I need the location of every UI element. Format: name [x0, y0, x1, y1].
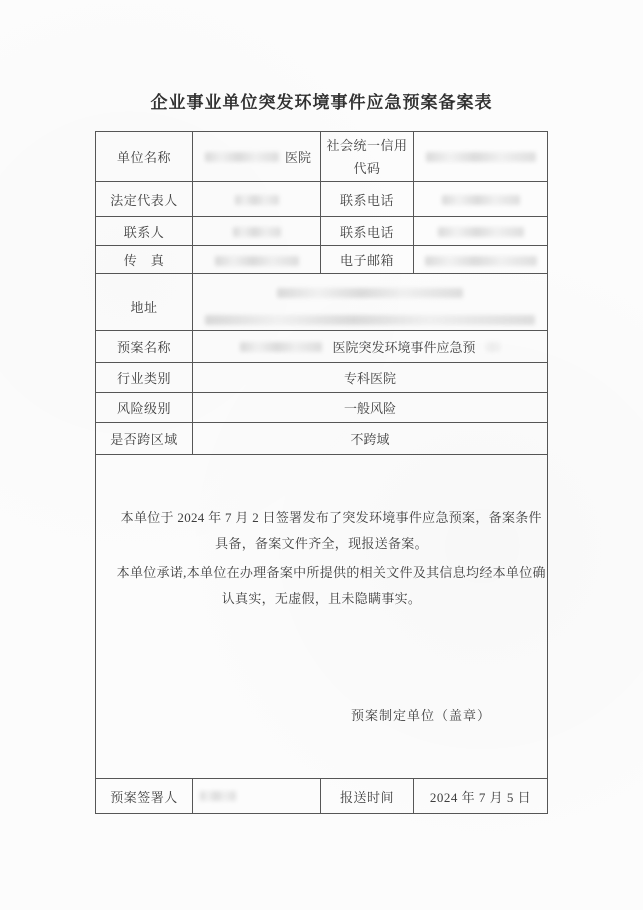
plan-name-label: 预案名称 [96, 331, 193, 363]
cross-region-value: 不跨域 [193, 423, 548, 455]
email-value-cell [414, 246, 548, 274]
redacted-signer [200, 791, 236, 801]
fax-value-cell [193, 246, 321, 274]
unit-name-label: 单位名称 [96, 132, 193, 182]
risk-level-label: 风险级别 [96, 393, 193, 423]
declaration-paragraph-1: 本单位于 2024 年 7 月 2 日签署发布了突发环境事件应急预案，备案条件具… [96, 505, 547, 557]
plan-name-value-cell: 医院突发环境事件应急预 [193, 331, 548, 363]
contact-phone-value-cell [414, 217, 548, 246]
credit-code-value-cell [414, 132, 548, 182]
address-label: 地址 [96, 274, 193, 331]
address-value-cell [193, 274, 548, 331]
redacted-contact-phone [438, 227, 524, 237]
redacted-unit-name-prefix [205, 152, 279, 162]
fax-label: 传 真 [96, 246, 193, 274]
row-legal-rep: 法定代表人 联系电话 [96, 182, 548, 217]
scanned-document-page: 企业事业单位突发环境事件应急预案备案表 单位名称 医院 社会统一信用代码 [0, 0, 643, 910]
plan-signer-label: 预案签署人 [96, 779, 193, 814]
row-signature: 预案签署人 报送时间 2024 年 7 月 5 日 [96, 779, 548, 814]
redacted-legal-rep-phone [442, 195, 520, 205]
redacted-plan-name-suffix [486, 342, 500, 352]
row-cross-region: 是否跨区域 不跨域 [96, 423, 548, 455]
redacted-legal-rep [235, 195, 279, 205]
declaration-cell: 本单位于 2024 年 7 月 2 日签署发布了突发环境事件应急预案，备案条件具… [96, 455, 548, 779]
legal-rep-phone-value-cell [414, 182, 548, 217]
industry-label: 行业类别 [96, 363, 193, 393]
legal-rep-phone-label: 联系电话 [321, 182, 414, 217]
plan-name-value: 医院突发环境事件应急预 [332, 337, 475, 356]
row-industry: 行业类别 专科医院 [96, 363, 548, 393]
declaration-paragraph-2: 本单位承诺,本单位在办理备案中所提供的相关文件及其信息均经本单位确认真实，无虚假… [96, 560, 547, 612]
row-risk-level: 风险级别 一般风险 [96, 393, 548, 423]
credit-code-label: 社会统一信用代码 [321, 132, 414, 182]
unit-name-value: 医院 [285, 147, 311, 166]
legal-rep-value-cell [193, 182, 321, 217]
redacted-fax [215, 256, 299, 266]
row-declaration: 本单位于 2024 年 7 月 2 日签署发布了突发环境事件应急预案，备案条件具… [96, 455, 548, 779]
risk-level-value: 一般风险 [193, 393, 548, 423]
email-label: 电子邮箱 [321, 246, 414, 274]
redacted-credit-code [426, 152, 536, 162]
stamp-unit-label: 预案制定单位（盖章） [96, 703, 547, 729]
industry-value: 专科医院 [193, 363, 548, 393]
submit-time-label: 报送时间 [321, 779, 414, 814]
contact-label: 联系人 [96, 217, 193, 246]
form-title: 企业事业单位突发环境事件应急预案备案表 [0, 92, 643, 114]
redacted-address-line2 [205, 315, 535, 325]
redacted-address-line1 [277, 288, 463, 298]
cross-region-label: 是否跨区域 [96, 423, 193, 455]
row-plan-name: 预案名称 医院突发环境事件应急预 [96, 331, 548, 363]
contact-value-cell [193, 217, 321, 246]
row-unit-name: 单位名称 医院 社会统一信用代码 [96, 132, 548, 182]
legal-rep-label: 法定代表人 [96, 182, 193, 217]
contact-phone-label: 联系电话 [321, 217, 414, 246]
submit-time-value: 2024 年 7 月 5 日 [414, 779, 548, 814]
plan-signer-value-cell [193, 779, 321, 814]
row-fax: 传 真 电子邮箱 [96, 246, 548, 274]
row-address: 地址 [96, 274, 548, 331]
row-contact: 联系人 联系电话 [96, 217, 548, 246]
redacted-plan-name-prefix [240, 342, 322, 352]
unit-name-value-cell: 医院 [193, 132, 321, 182]
redacted-contact [233, 227, 281, 237]
redacted-email [425, 256, 537, 266]
filing-form-table: 单位名称 医院 社会统一信用代码 法定代表人 [95, 131, 548, 814]
